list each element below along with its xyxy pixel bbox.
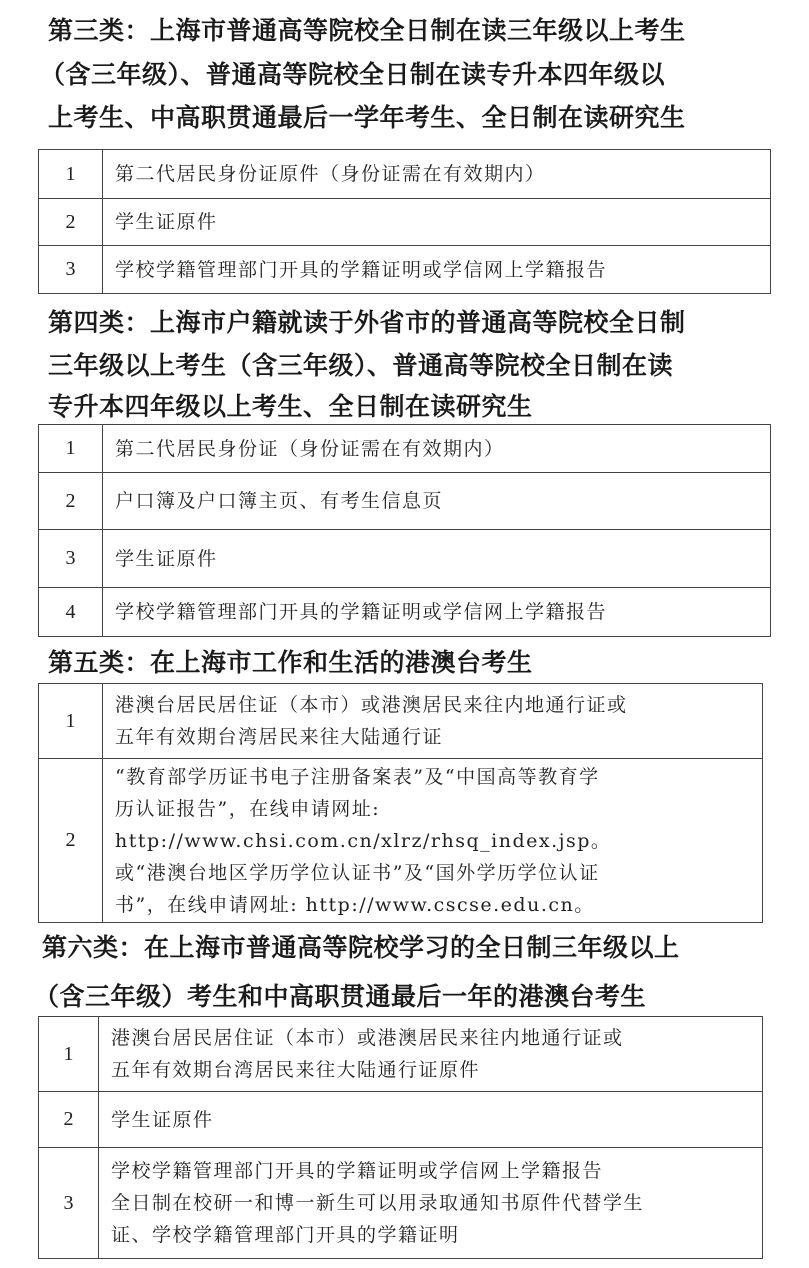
row-content: 港澳台居民居住证（本市）或港澳居民来往内地通行证或 五年有效期台湾居民来往大陆通… — [103, 684, 763, 759]
row-number: 4 — [39, 588, 103, 637]
section-3-heading-line-2: （含三年级）、普通高等院校全日制在读专升本四年级以 — [40, 62, 665, 87]
table-row: 2 “教育部学历证书电子注册备案表”及“中国高等教育学 历认证报告”，在线申请网… — [39, 759, 763, 923]
section-6-requirements-table: 1 港澳台居民居住证（本市）或港澳居民来往内地通行证或 五年有效期台湾居民来往大… — [38, 1016, 763, 1259]
row-content: 户口簿及户口簿主页、有考生信息页 — [103, 473, 771, 530]
row-content: 学生证原件 — [103, 530, 771, 588]
row-number: 1 — [39, 150, 103, 199]
section-3-heading-line-3: 上考生、中高职贯通最后一学年考生、全日制在读研究生 — [48, 105, 686, 130]
section-4-heading-line-1: 第四类：上海市户籍就读于外省市的普通高等院校全日制 — [48, 310, 686, 335]
section-4-requirements-table: 1 第二代居民身份证（身份证需在有效期内） 2 户口簿及户口簿主页、有考生信息页… — [38, 424, 771, 637]
row-content: 学校学籍管理部门开具的学籍证明或学信网上学籍报告 — [103, 588, 771, 637]
row-content: “教育部学历证书电子注册备案表”及“中国高等教育学 历认证报告”，在线申请网址:… — [103, 759, 763, 923]
row-number: 2 — [39, 1092, 99, 1148]
section-3-heading-line-1: 第三类：上海市普通高等院校全日制在读三年级以上考生 — [48, 18, 686, 43]
row-number: 2 — [39, 473, 103, 530]
row-number: 1 — [39, 684, 103, 759]
table-row: 3 学校学籍管理部门开具的学籍证明或学信网上学籍报告 — [39, 246, 771, 294]
row-content: 港澳台居民居住证（本市）或港澳居民来往内地通行证或 五年有效期台湾居民来往大陆通… — [99, 1017, 763, 1092]
section-5-requirements-table: 1 港澳台居民居住证（本市）或港澳居民来往内地通行证或 五年有效期台湾居民来往大… — [38, 683, 763, 923]
section-4-heading-line-3: 专升本四年级以上考生、全日制在读研究生 — [48, 394, 533, 419]
section-6-heading-line-2: （含三年级）考生和中高职贯通最后一年的港澳台考生 — [34, 984, 646, 1009]
row-number: 1 — [39, 425, 103, 473]
table-row: 1 第二代居民身份证（身份证需在有效期内） — [39, 425, 771, 473]
section-5-heading-line-1: 第五类：在上海市工作和生活的港澳台考生 — [48, 650, 533, 675]
row-content: 学校学籍管理部门开具的学籍证明或学信网上学籍报告 — [103, 246, 771, 294]
row-content: 学生证原件 — [103, 199, 771, 246]
chsi-url-link[interactable]: http://www.chsi.com.cn/xlrz/rhsq_index.j… — [115, 825, 754, 857]
table-row: 1 港澳台居民居住证（本市）或港澳居民来往内地通行证或 五年有效期台湾居民来往大… — [39, 684, 763, 759]
row-number: 2 — [39, 199, 103, 246]
table-row: 3 学校学籍管理部门开具的学籍证明或学信网上学籍报告 全日制在校研一和博一新生可… — [39, 1148, 763, 1259]
row-content: 第二代居民身份证原件（身份证需在有效期内） — [103, 150, 771, 199]
row-number: 1 — [39, 1017, 99, 1092]
section-6-heading-line-1: 第六类：在上海市普通高等院校学习的全日制三年级以上 — [42, 935, 680, 960]
section-4-heading-line-2: 三年级以上考生（含三年级）、普通高等院校全日制在读 — [48, 353, 673, 378]
row-content: 学校学籍管理部门开具的学籍证明或学信网上学籍报告 全日制在校研一和博一新生可以用… — [99, 1148, 763, 1259]
row-number: 3 — [39, 530, 103, 588]
row-number: 2 — [39, 759, 103, 923]
row-content: 学生证原件 — [99, 1092, 763, 1148]
table-row: 1 港澳台居民居住证（本市）或港澳居民来往内地通行证或 五年有效期台湾居民来往大… — [39, 1017, 763, 1092]
row-content: 第二代居民身份证（身份证需在有效期内） — [103, 425, 771, 473]
table-row: 2 户口簿及户口簿主页、有考生信息页 — [39, 473, 771, 530]
table-row: 3 学生证原件 — [39, 530, 771, 588]
row-number: 3 — [39, 246, 103, 294]
table-row: 2 学生证原件 — [39, 199, 771, 246]
table-row: 4 学校学籍管理部门开具的学籍证明或学信网上学籍报告 — [39, 588, 771, 637]
cscse-url-line[interactable]: 书”，在线申请网址: http://www.cscse.edu.cn。 — [115, 889, 754, 921]
section-3-requirements-table: 1 第二代居民身份证原件（身份证需在有效期内） 2 学生证原件 3 学校学籍管理… — [38, 149, 771, 294]
row-number: 3 — [39, 1148, 99, 1259]
table-row: 2 学生证原件 — [39, 1092, 763, 1148]
table-row: 1 第二代居民身份证原件（身份证需在有效期内） — [39, 150, 771, 199]
